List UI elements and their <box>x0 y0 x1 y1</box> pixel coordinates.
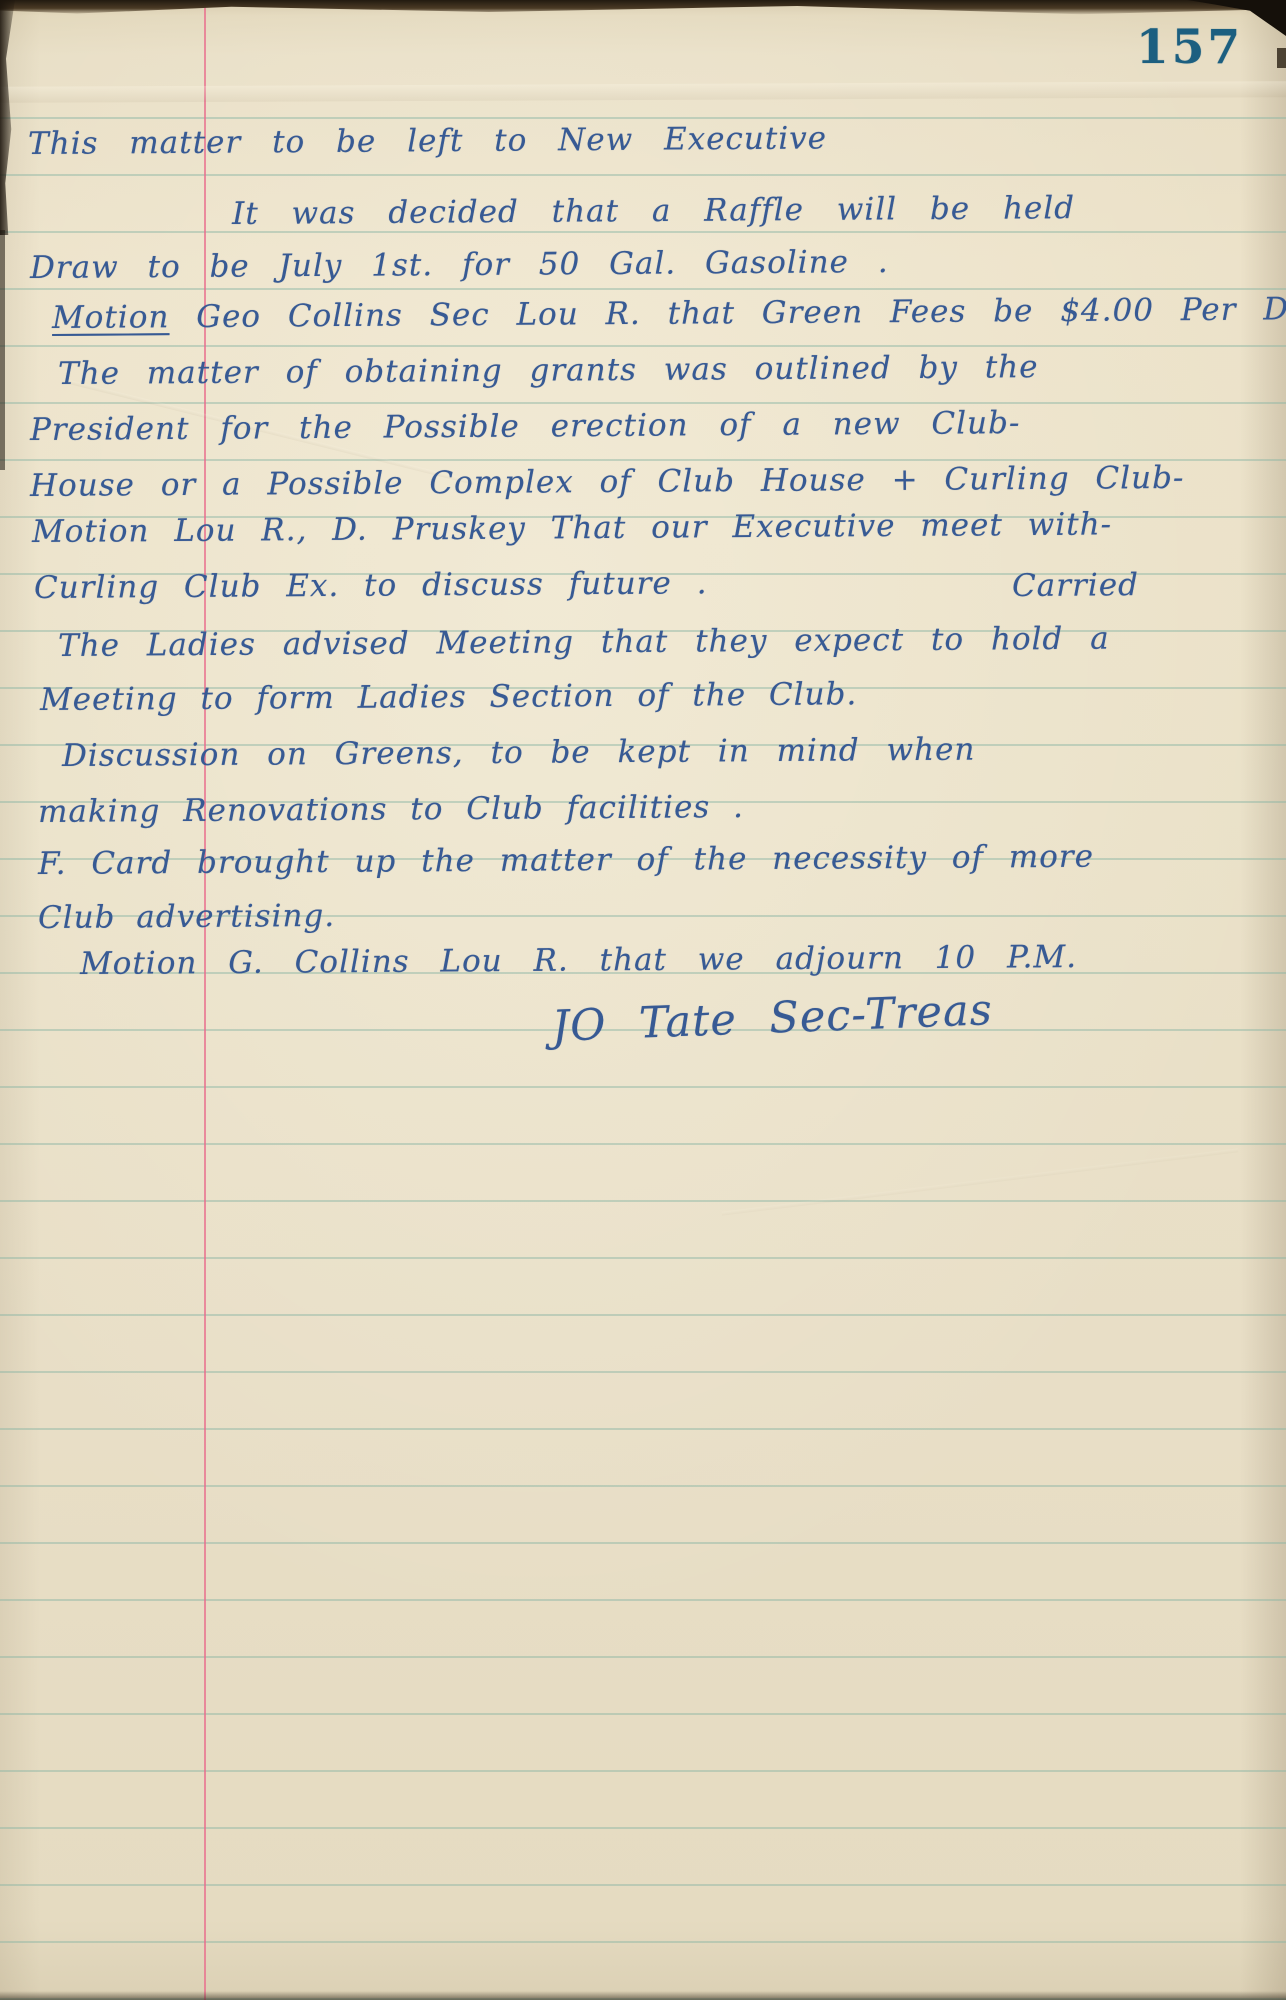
line-text: Motion Lou R., D. Pruskey That our Execu… <box>32 506 1112 550</box>
scan-bottom-edge <box>0 1991 1286 2000</box>
line-text: The Ladies advised Meeting that they exp… <box>58 621 1110 664</box>
line-text: It was decided that a Raffle will be hel… <box>232 190 1075 232</box>
handwritten-line: Motion G. Collins Lou R. that we adjourn… <box>80 939 1077 982</box>
handwritten-line: Curling Club Ex. to discuss future . <box>34 565 708 606</box>
line-text: Discussion on Greens, to be kept in mind… <box>62 732 976 774</box>
line-text: President for the Possible erection of a… <box>30 405 1021 448</box>
handwritten-line: Draw to be July 1st. for 50 Gal. Gasolin… <box>30 244 889 286</box>
handwritten-line: House or a Possible Complex of Club Hous… <box>30 460 1185 504</box>
line-text: Motion G. Collins Lou R. that we adjourn… <box>80 939 1077 982</box>
scan-top-edge <box>0 0 1286 15</box>
handwritten-line: Meeting to form Ladies Section of the Cl… <box>40 676 858 718</box>
scan-left-edge <box>0 230 5 470</box>
line-underlined-prefix: Motion <box>52 299 170 336</box>
line-text: Club advertising. <box>38 898 335 936</box>
handwritten-line: F. Card brought up the matter of the nec… <box>38 839 1094 882</box>
handwritten-line: It was decided that a Raffle will be hel… <box>232 190 1075 232</box>
handwritten-line: Motion Geo Collins Sec Lou R. that Green… <box>52 291 1286 336</box>
line-text: Draw to be July 1st. for 50 Gal. Gasolin… <box>30 244 889 286</box>
scan-top-left-corner <box>0 0 15 235</box>
handwritten-line: making Renovations to Club facilities . <box>38 789 744 830</box>
line-text: Meeting to form Ladies Section of the Cl… <box>40 676 858 718</box>
handwritten-line: The matter of obtaining grants was outli… <box>58 349 1039 392</box>
scan-right-edge-mark <box>1277 48 1286 68</box>
handwritten-line: This matter to be left to New Executive <box>28 120 827 162</box>
signature: JO Tate Sec-Treas <box>551 985 994 1052</box>
handwritten-line: Club advertising. <box>38 898 335 936</box>
line-text: House or a Possible Complex of Club Hous… <box>30 460 1185 504</box>
line-text: Geo Collins Sec Lou R. that Green Fees b… <box>169 291 1286 335</box>
handwritten-line: The Ladies advised Meeting that they exp… <box>58 621 1110 664</box>
ledger-page: 157 This matter to be left to New Execut… <box>0 0 1286 2000</box>
line-text: Curling Club Ex. to discuss future . <box>34 565 708 606</box>
handwritten-line: Discussion on Greens, to be kept in mind… <box>62 732 976 774</box>
carried-note: Carried <box>1012 567 1139 604</box>
line-text: This matter to be left to New Executive <box>28 120 827 162</box>
handwritten-line: President for the Possible erection of a… <box>30 405 1021 448</box>
line-text: The matter of obtaining grants was outli… <box>58 349 1039 392</box>
page-number: 157 <box>1136 20 1243 75</box>
paper-crease <box>722 1148 1239 1215</box>
line-text: F. Card brought up the matter of the nec… <box>38 839 1094 882</box>
handwritten-line: Motion Lou R., D. Pruskey That our Execu… <box>32 506 1112 550</box>
line-text: making Renovations to Club facilities . <box>38 789 744 830</box>
paper-crease <box>0 81 1286 103</box>
